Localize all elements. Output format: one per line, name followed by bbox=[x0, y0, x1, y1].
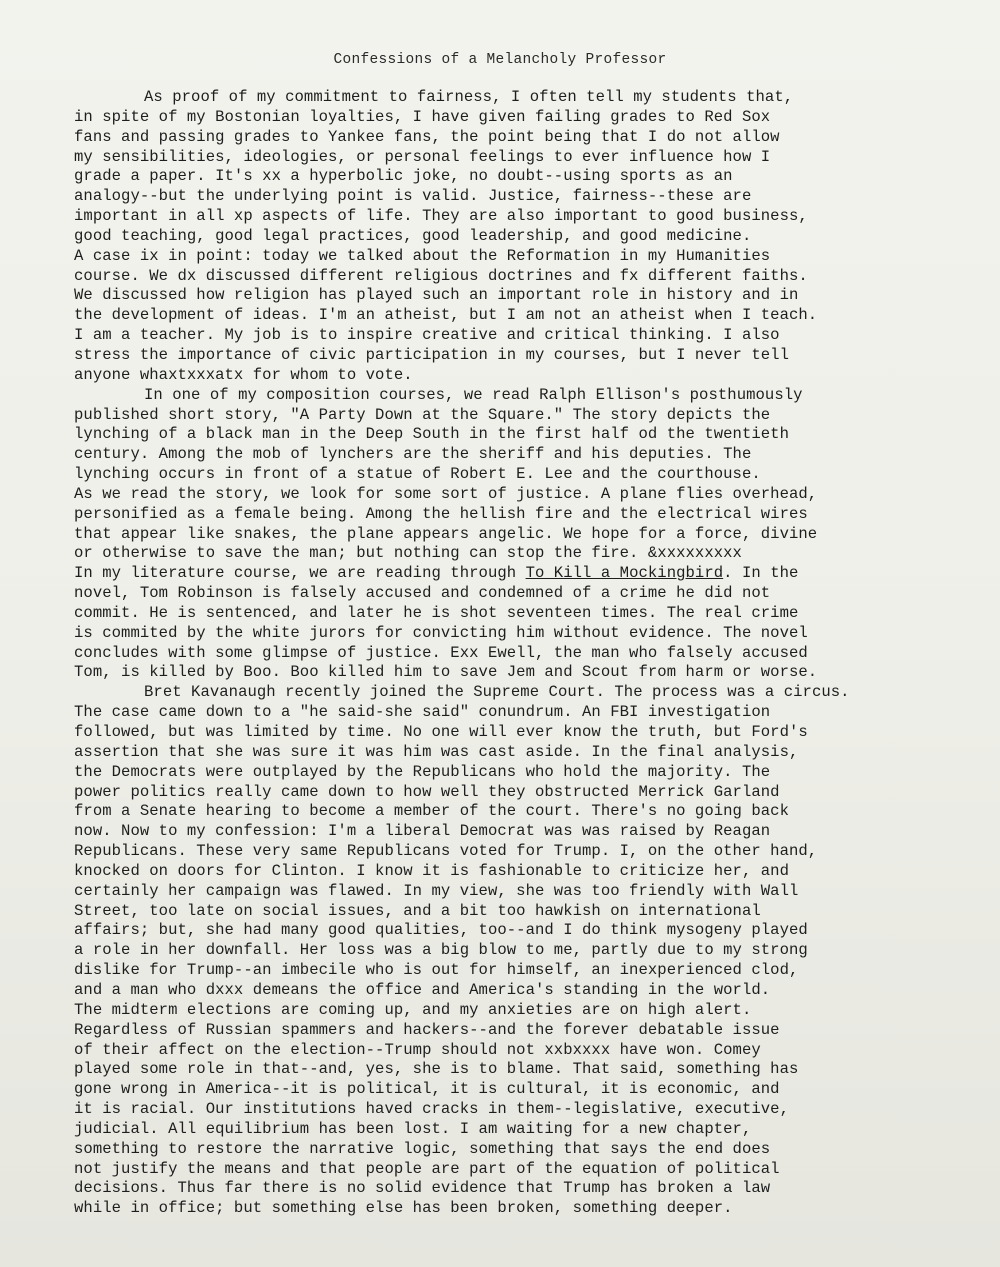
text-line: power politics really came down to how w… bbox=[74, 783, 974, 803]
text-line: concludes with some glimpse of justice. … bbox=[74, 644, 974, 664]
text-line: or otherwise to save the man; but nothin… bbox=[74, 544, 974, 564]
text-line: personified as a female being. Among the… bbox=[74, 505, 974, 525]
text-line: As we read the story, we look for some s… bbox=[74, 485, 974, 505]
text-line: novel, Tom Robinson is falsely accused a… bbox=[74, 584, 974, 604]
text-line: played some role in that--and, yes, she … bbox=[74, 1060, 974, 1080]
underlined-book-title: To Kill a Mockingbird bbox=[526, 564, 724, 582]
text-line: in spite of my Bostonian loyalties, I ha… bbox=[74, 108, 974, 128]
text-line: stress the importance of civic participa… bbox=[74, 346, 974, 366]
text-line: Bret Kavanaugh recently joined the Supre… bbox=[74, 683, 974, 703]
text-line: important in all xp aspects of life. The… bbox=[74, 207, 974, 227]
text-line: Republicans. These very same Republicans… bbox=[74, 842, 974, 862]
text-line: lynching occurs in front of a statue of … bbox=[74, 465, 974, 485]
text-line: published short story, "A Party Down at … bbox=[74, 406, 974, 426]
text-line: not justify the means and that people ar… bbox=[74, 1160, 974, 1180]
text-line: of their affect on the election--Trump s… bbox=[74, 1041, 974, 1061]
text-line: In one of my composition courses, we rea… bbox=[74, 386, 974, 406]
text-line: the development of ideas. I'm an atheist… bbox=[74, 306, 974, 326]
text-line: followed, but was limited by time. No on… bbox=[74, 723, 974, 743]
text-line: the Democrats were outplayed by the Repu… bbox=[74, 763, 974, 783]
text-line: As proof of my commitment to fairness, I… bbox=[74, 88, 974, 108]
text-line: judicial. All equilibrium has been lost.… bbox=[74, 1120, 974, 1140]
text-line: a role in her downfall. Her loss was a b… bbox=[74, 941, 974, 961]
text-line: affairs; but, she had many good qualitie… bbox=[74, 921, 974, 941]
text-line: century. Among the mob of lynchers are t… bbox=[74, 445, 974, 465]
document-body: As proof of my commitment to fairness, I… bbox=[74, 88, 974, 1219]
text-line: decisions. Thus far there is no solid ev… bbox=[74, 1179, 974, 1199]
text-line: A case ix in point: today we talked abou… bbox=[74, 247, 974, 267]
text-line: We discussed how religion has played suc… bbox=[74, 286, 974, 306]
text-line: assertion that she was sure it was him w… bbox=[74, 743, 974, 763]
text-line: while in office; but something else has … bbox=[74, 1199, 974, 1219]
text-line: Tom, is killed by Boo. Boo killed him to… bbox=[74, 663, 974, 683]
text-line: lynching of a black man in the Deep Sout… bbox=[74, 425, 974, 445]
text-line: analogy--but the underlying point is val… bbox=[74, 187, 974, 207]
document-title: Confessions of a Melancholy Professor bbox=[0, 52, 1000, 68]
text-line: gone wrong in America--it is political, … bbox=[74, 1080, 974, 1100]
text-line: my sensibilities, ideologies, or persona… bbox=[74, 148, 974, 168]
text-line: good teaching, good legal practices, goo… bbox=[74, 227, 974, 247]
text-line: now. Now to my confession: I'm a liberal… bbox=[74, 822, 974, 842]
typewritten-page: Confessions of a Melancholy Professor As… bbox=[0, 0, 1000, 1267]
text-line: that appear like snakes, the plane appea… bbox=[74, 525, 974, 545]
text-line: In my literature course, we are reading … bbox=[74, 564, 974, 584]
text-line: from a Senate hearing to become a member… bbox=[74, 802, 974, 822]
text-line: course. We dx discussed different religi… bbox=[74, 267, 974, 287]
text-line: Street, too late on social issues, and a… bbox=[74, 902, 974, 922]
text-line: The midterm elections are coming up, and… bbox=[74, 1001, 974, 1021]
text-line: Regardless of Russian spammers and hacke… bbox=[74, 1021, 974, 1041]
text-line: commit. He is sentenced, and later he is… bbox=[74, 604, 974, 624]
text-line: grade a paper. It's xx a hyperbolic joke… bbox=[74, 167, 974, 187]
text-line: fans and passing grades to Yankee fans, … bbox=[74, 128, 974, 148]
text-line: certainly her campaign was flawed. In my… bbox=[74, 882, 974, 902]
text-line: I am a teacher. My job is to inspire cre… bbox=[74, 326, 974, 346]
text-line: anyone whaxtxxxatx for whom to vote. bbox=[74, 366, 974, 386]
text-line: dislike for Trump--an imbecile who is ou… bbox=[74, 961, 974, 981]
text-line: and a man who dxxx demeans the office an… bbox=[74, 981, 974, 1001]
text-line: something to restore the narrative logic… bbox=[74, 1140, 974, 1160]
text-line: it is racial. Our institutions haved cra… bbox=[74, 1100, 974, 1120]
text-line: The case came down to a "he said-she sai… bbox=[74, 703, 974, 723]
text-line: is commited by the white jurors for conv… bbox=[74, 624, 974, 644]
text-line: knocked on doors for Clinton. I know it … bbox=[74, 862, 974, 882]
